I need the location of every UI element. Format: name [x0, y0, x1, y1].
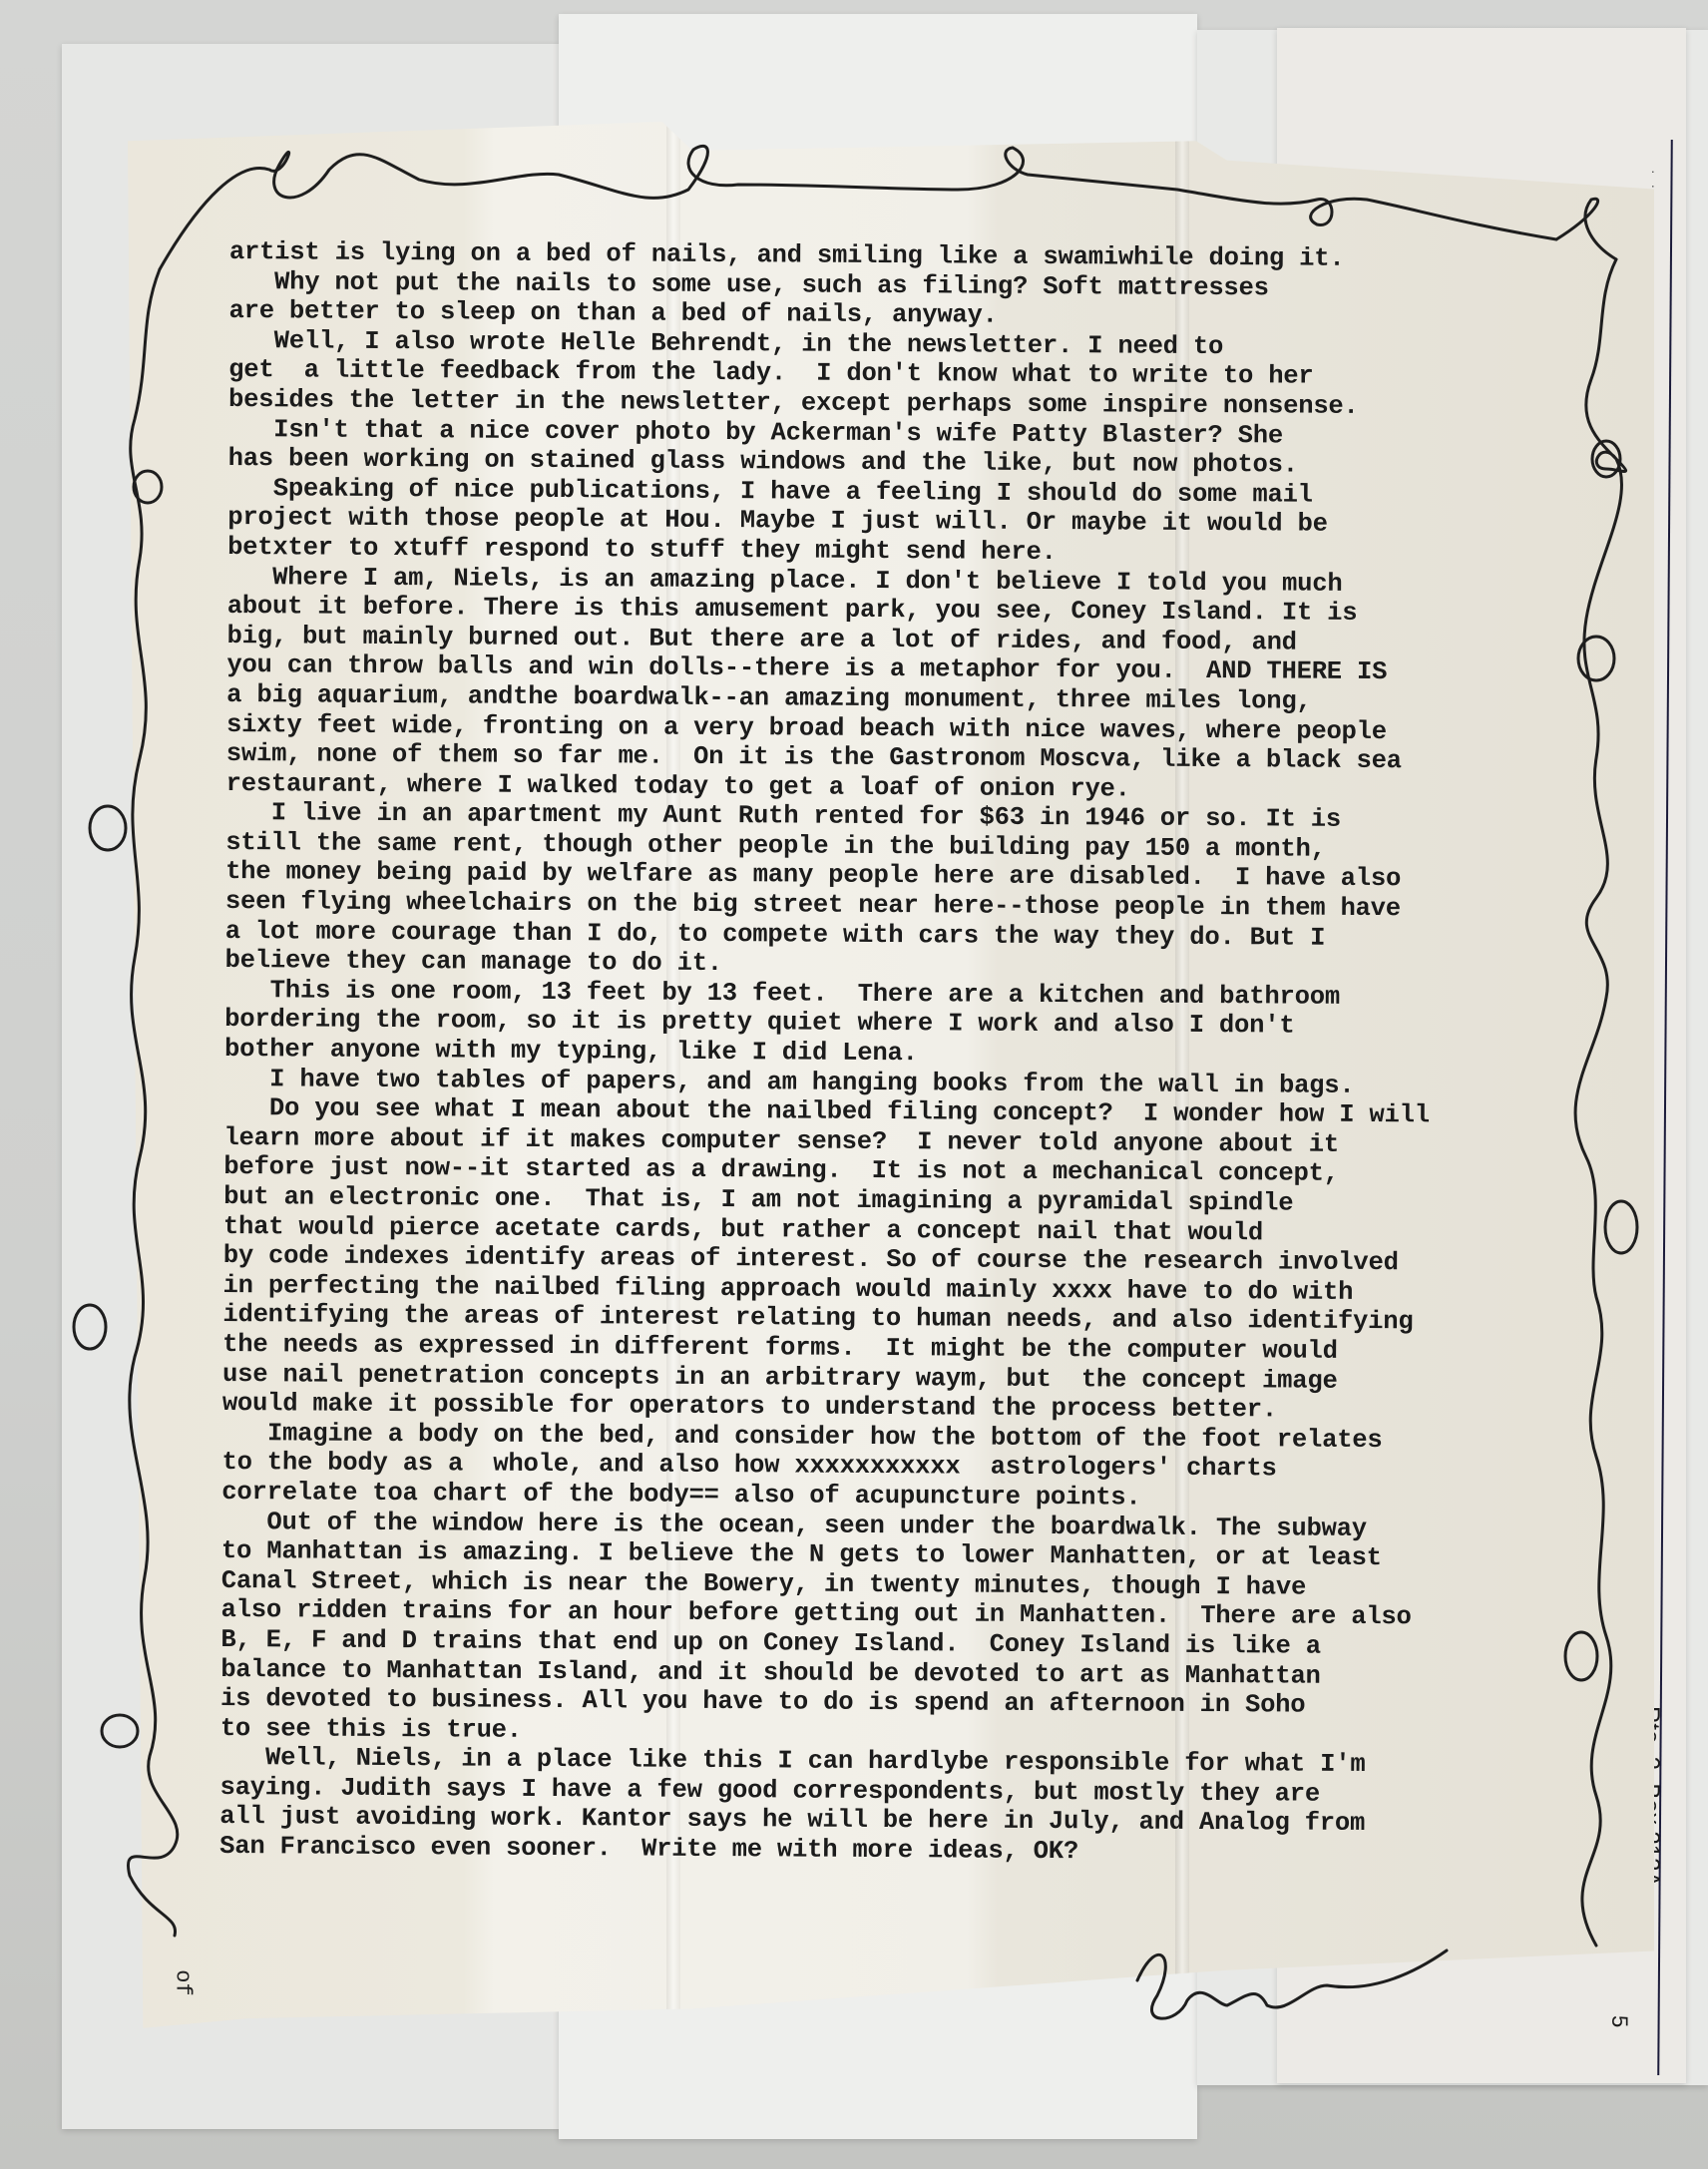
bottom-margin-text: of — [171, 1969, 196, 1995]
envelope-zip-fragment: 5 — [1606, 2015, 1632, 2027]
letter-body: artist is lying on a bed of nails, and s… — [219, 237, 1546, 1870]
